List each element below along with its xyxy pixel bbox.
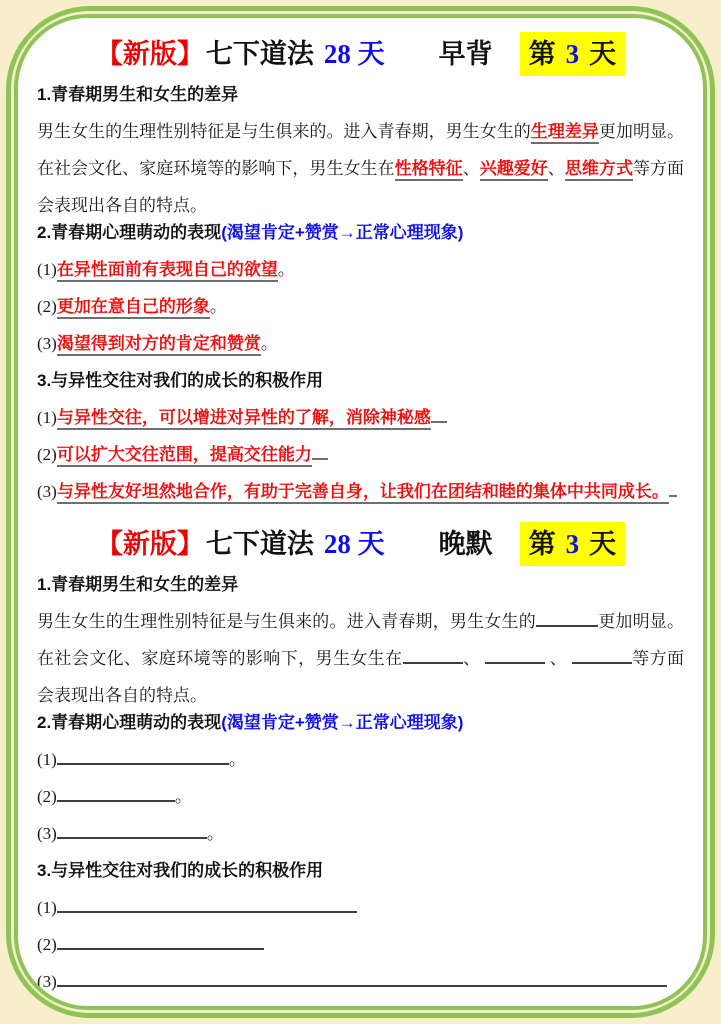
edition-tag: 【新版】 [96, 522, 204, 566]
evening-label: 晚默 [439, 522, 493, 566]
text-run: 3.与异性交往对我们的成长的积极作用 [37, 371, 323, 390]
text-run: 。 [278, 260, 295, 279]
text-run: (3) [37, 972, 57, 991]
evening-section2-item-2: (2)。 [37, 778, 684, 815]
fill-in-blank-line [669, 478, 677, 497]
morning-section1-paragraph: 男生女生的生理性别特征是与生俱来的。进入青春期，男生女生的生理差异更加明显。在社… [37, 113, 684, 224]
days-count: 28 天 [324, 32, 385, 76]
evening-section3-item-3: (3) [37, 963, 684, 1000]
fill-in-blank-line [57, 746, 229, 765]
evening-section3-item-2: (2) [37, 926, 684, 963]
fill-in-blank-line [572, 645, 632, 664]
day-number: 3 [556, 529, 590, 559]
day-suffix: 天 [589, 39, 616, 69]
text-run: 在异性面前有表现自己的欲望 [57, 260, 278, 282]
days-count: 28 天 [324, 522, 385, 566]
text-run: 渴望得到对方的肯定和赞赏 [57, 334, 261, 356]
day-prefix: 第 [529, 529, 556, 559]
morning-section1-heading: 1.青春期男生和女生的差异 [37, 76, 684, 113]
text-run: 更加在意自己的形象 [57, 297, 210, 319]
fill-in-blank-line [57, 820, 207, 839]
morning-section2-item-3: (3)渴望得到对方的肯定和赞赏。 [37, 325, 684, 362]
fill-in-blank-line [536, 608, 598, 627]
text-run: 1.青春期男生和女生的差异 [37, 575, 238, 594]
fill-in-blank-line [431, 404, 447, 423]
text-run: (3) [37, 334, 57, 353]
evening-section2-heading: 2.青春期心理萌动的表现(渴望肯定+赞赏→正常心理现象) [37, 704, 684, 741]
evening-title-row: 【新版】 七下道法 28 天 晚默 第3天 [37, 522, 684, 566]
text-run: (1) [37, 898, 57, 917]
fill-in-blank-line [57, 894, 357, 913]
text-run: 性格特征 [395, 159, 463, 181]
text-run: 3.与异性交往对我们的成长的积极作用 [37, 861, 323, 880]
text-run: (1) [37, 260, 57, 279]
text-run: (1) [37, 750, 57, 769]
text-run: (2) [37, 935, 57, 954]
text-run: 可以扩大交往范围，提高交往能力 [57, 445, 312, 467]
day-number: 3 [556, 39, 590, 69]
text-run: 与异性交往，可以增进对异性的了解，消除神秘感 [57, 408, 431, 430]
morning-section2-heading: 2.青春期心理萌动的表现(渴望肯定+赞赏→正常心理现象) [37, 214, 684, 251]
worksheet-content: 【新版】 七下道法 28 天 早背 第3天 1.青春期男生和女生的差异 男生女生… [18, 18, 703, 1000]
day-prefix: 第 [529, 39, 556, 69]
fill-in-blank-line [403, 645, 463, 664]
morning-title-row: 【新版】 七下道法 28 天 早背 第3天 [37, 32, 684, 76]
text-run: (2) [37, 445, 57, 464]
evening-section1-heading: 1.青春期男生和女生的差异 [37, 566, 684, 603]
morning-section3-item-3: (3)与异性友好坦然地合作，有助于完善自身，让我们在团结和睦的集体中共同成长。 [37, 473, 684, 510]
course-name: 七下道法 [206, 522, 314, 566]
text-run: 。 [210, 297, 227, 316]
course-name: 七下道法 [206, 32, 314, 76]
text-run: 。 [229, 750, 246, 769]
fill-in-blank-line [57, 968, 667, 987]
text-run: 男生女生的生理性别特征是与生俱来的。进入青春期，男生女生的 [37, 122, 531, 141]
text-run: 。 [207, 824, 224, 843]
morning-section3-heading: 3.与异性交往对我们的成长的积极作用 [37, 362, 684, 399]
text-run: (2) [37, 297, 57, 316]
day-highlight-badge: 第3天 [520, 32, 626, 76]
text-run: 与异性友好坦然地合作，有助于完善自身，让我们在团结和睦的集体中共同成长。 [57, 482, 669, 504]
day-highlight-badge: 第3天 [520, 522, 626, 566]
morning-label: 早背 [439, 32, 493, 76]
text-run: (1) [37, 408, 57, 427]
evening-section2-item-3: (3)。 [37, 815, 684, 852]
evening-section1-paragraph: 男生女生的生理性别特征是与生俱来的。进入青春期，男生女生的更加明显。在社会文化、… [37, 603, 684, 714]
morning-section3-item-1: (1)与异性交往，可以增进对异性的了解，消除神秘感 [37, 399, 684, 436]
text-run: (2) [37, 787, 57, 806]
text-run: (3) [37, 482, 57, 501]
text-run: 2.青春期心理萌动的表现 [37, 713, 221, 732]
text-run: (渴望肯定+赞赏→正常心理现象) [221, 223, 463, 242]
text-run: (3) [37, 824, 57, 843]
morning-section2-item-1: (1)在异性面前有表现自己的欲望。 [37, 251, 684, 288]
text-run: 2.青春期心理萌动的表现 [37, 223, 221, 242]
text-run: 思维方式 [565, 159, 633, 181]
text-run: 、 [545, 649, 572, 668]
text-run: 男生女生的生理性别特征是与生俱来的。进入青春期，男生女生的 [37, 612, 536, 631]
morning-section3-item-2: (2)可以扩大交往范围，提高交往能力 [37, 436, 684, 473]
evening-section2-item-1: (1)。 [37, 741, 684, 778]
text-run: 兴趣爱好 [480, 159, 548, 181]
decorative-border-inner: 【新版】 七下道法 28 天 早背 第3天 1.青春期男生和女生的差异 男生女生… [14, 14, 707, 1010]
evening-section3-heading: 3.与异性交往对我们的成长的积极作用 [37, 852, 684, 889]
text-run: 1.青春期男生和女生的差异 [37, 85, 238, 104]
edition-tag: 【新版】 [96, 32, 204, 76]
morning-section2-item-2: (2)更加在意自己的形象。 [37, 288, 684, 325]
text-run: 生理差异 [531, 122, 599, 144]
fill-in-blank-line [312, 441, 328, 460]
evening-section3-item-1: (1) [37, 889, 684, 926]
fill-in-blank-line [57, 783, 175, 802]
decorative-border-outer: 【新版】 七下道法 28 天 早背 第3天 1.青春期男生和女生的差异 男生女生… [6, 6, 715, 1018]
text-run: 、 [463, 159, 480, 178]
fill-in-blank-line [57, 931, 264, 950]
day-suffix: 天 [589, 529, 616, 559]
text-run: 、 [548, 159, 565, 178]
worksheet-page: 【新版】 七下道法 28 天 早背 第3天 1.青春期男生和女生的差异 男生女生… [0, 0, 721, 1024]
fill-in-blank-line [485, 645, 545, 664]
text-run: 。 [175, 787, 192, 806]
text-run: 、 [463, 649, 485, 668]
text-run: 。 [261, 334, 278, 353]
text-run: (渴望肯定+赞赏→正常心理现象) [221, 713, 463, 732]
